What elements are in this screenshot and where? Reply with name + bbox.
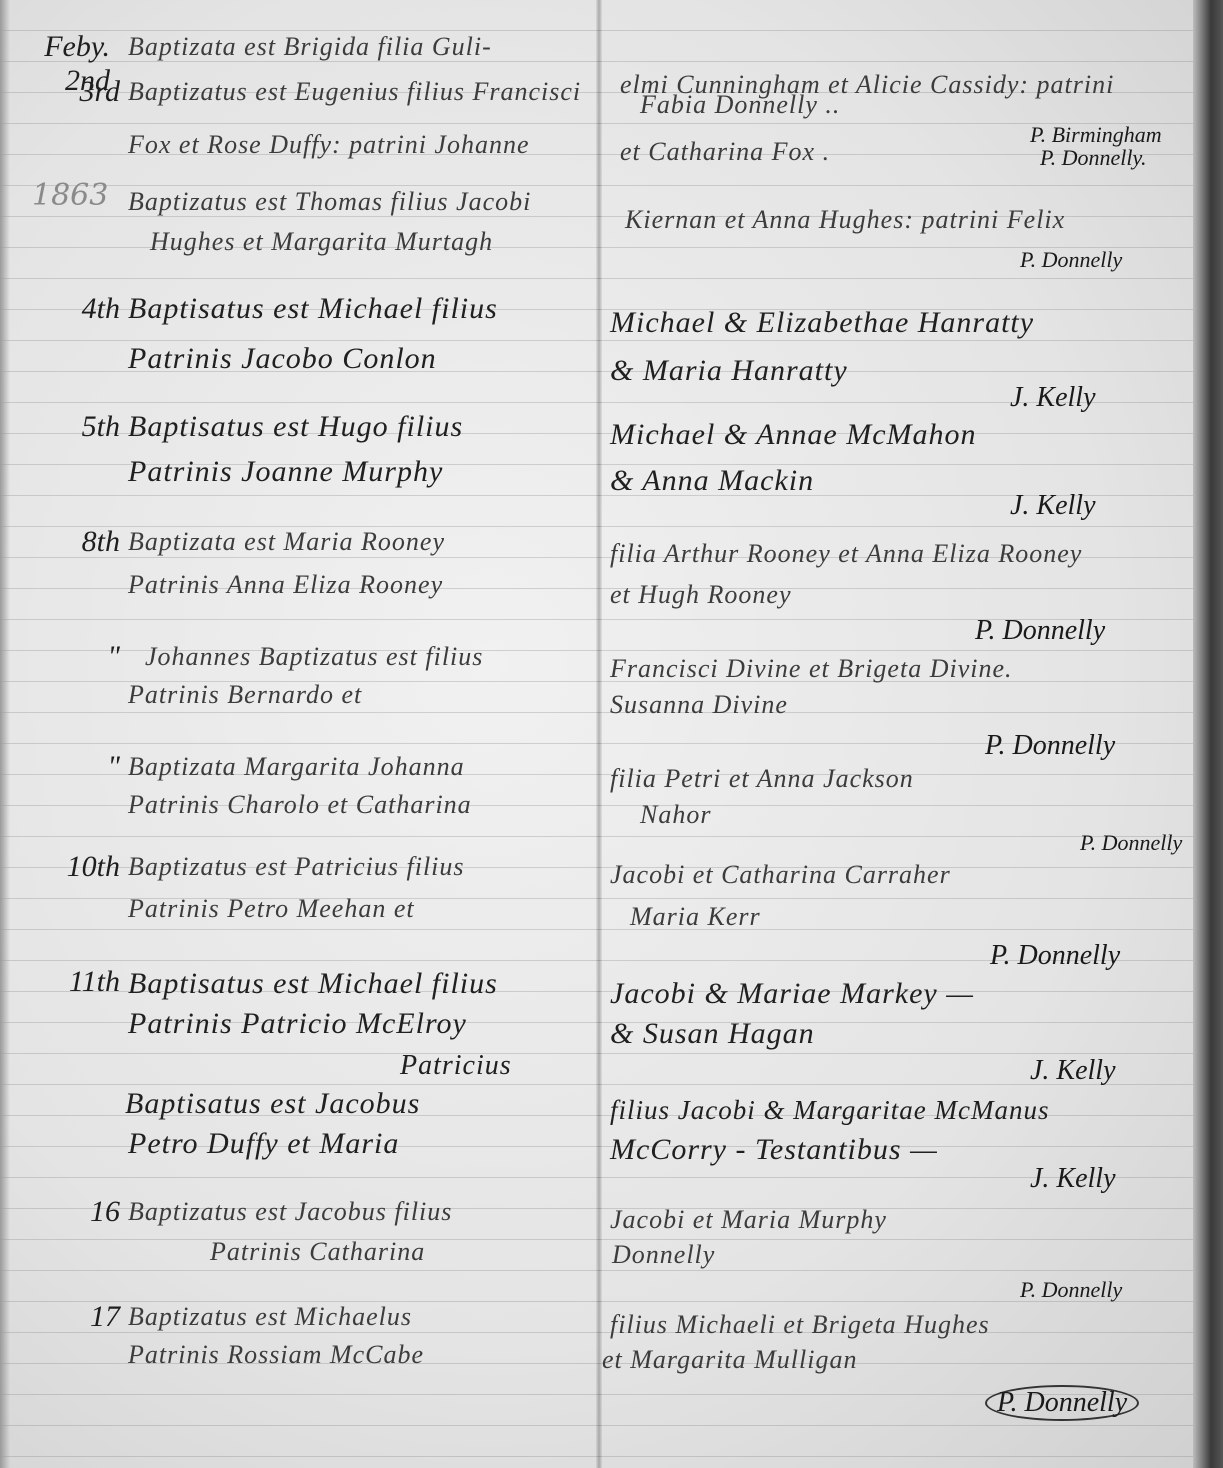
entry-date: 8th (30, 525, 120, 559)
entry-left-line: Petro Duffy et Maria (128, 1127, 399, 1161)
entry-left-line: Patrinis Charolo et Catharina (128, 790, 472, 820)
entry-right-line: Maria Kerr (630, 902, 761, 932)
entry-right-line: Michael & Annae McMahon (610, 418, 977, 452)
entry-signature: J. Kelly (1010, 490, 1096, 522)
entry-signature: P. Donnelly (985, 1385, 1139, 1421)
entry-left-line: Baptizatus est Eugenius filius Francisci (128, 77, 581, 107)
entry-left-line: Baptisatus est Hugo filius (128, 410, 463, 444)
entry-right-line: Jacobi et Maria Murphy (610, 1205, 887, 1235)
entry-insert-word: Patricius (400, 1050, 512, 1082)
entry-left-line: Baptisatus est Michael filius (128, 967, 498, 1001)
entry-left-line: Baptisatus est Jacobus (125, 1087, 420, 1121)
entry-signature: P. Donnelly (975, 615, 1105, 647)
entry-signature: J. Kelly (1010, 382, 1096, 414)
year-margin-note: 1863 (32, 178, 108, 213)
entry-right-line: Nahor (640, 800, 711, 830)
entry-right-line: & Anna Mackin (610, 464, 814, 498)
register-page: 1863 Feby. 2nd Baptizata est Brigida fil… (0, 0, 1223, 1468)
entry-right-line: Jacobi et Catharina Carraher (610, 860, 951, 890)
entry-left-line: Patrinis Petro Meehan et (128, 894, 415, 924)
entry-signature: P. Donnelly. (1040, 145, 1147, 171)
entry-left-line: Patrinis Anna Eliza Rooney (128, 570, 443, 600)
entry-left-line: Patrinis Bernardo et (128, 680, 362, 710)
book-gutter (596, 0, 602, 1468)
entry-right-line: Michael & Elizabethae Hanratty (610, 306, 1034, 340)
entry-right-line: et Catharina Fox . (620, 137, 830, 167)
entry-left-line: Patrinis Catharina (210, 1237, 425, 1267)
entry-date: 10th (30, 850, 120, 884)
entry-left-line: Fox et Rose Duffy: patrini Johanne (128, 130, 530, 160)
entry-right-line: et Hugh Rooney (610, 580, 792, 610)
entry-signature: P. Donnelly (1020, 1277, 1122, 1303)
entry-left-line: Baptisatus est Michael filius (128, 292, 498, 326)
entry-right-line: filia Petri et Anna Jackson (610, 764, 914, 794)
entry-left-line: Patrinis Patricio McElroy (128, 1007, 467, 1041)
entry-right-line: et Margarita Mulligan (602, 1345, 857, 1375)
entry-signature: J. Kelly (1030, 1055, 1116, 1087)
entry-left-line: Baptizatus est Jacobus filius (128, 1197, 452, 1227)
entry-right-line: Donnelly (612, 1240, 715, 1270)
entry-right-line: & Maria Hanratty (610, 354, 848, 388)
entry-left-line: Baptizata est Maria Rooney (128, 527, 445, 557)
entry-date: " (30, 750, 120, 784)
entry-date: 11th (30, 965, 120, 999)
month-label: Feby. (44, 30, 110, 63)
entry-left-line: Baptizata est Brigida filia Guli- (128, 32, 492, 62)
entry-left-line: Baptizatus est Thomas filius Jacobi (128, 187, 531, 217)
entry-right-line: McCorry - Testantibus — (610, 1133, 938, 1167)
entry-right-line: filius Jacobi & Margaritae McManus (610, 1095, 1049, 1126)
page-left-edge (0, 0, 10, 1468)
entry-date: " (30, 640, 120, 674)
entry-date: 17 (30, 1300, 120, 1334)
entry-signature: P. Donnelly (985, 730, 1115, 762)
entry-right-line: filia Arthur Rooney et Anna Eliza Rooney (610, 539, 1082, 569)
entry-right-line: filius Michaeli et Brigeta Hughes (610, 1310, 990, 1340)
entry-date: 5th (30, 410, 120, 444)
entry-signature: J. Kelly (1030, 1163, 1116, 1195)
book-binding-edge (1193, 0, 1223, 1468)
entry-right-line: & Susan Hagan (610, 1017, 815, 1051)
entry-left-line: Baptizatus est Patricius filius (128, 852, 465, 882)
entry-right-line: Fabia Donnelly .. (640, 90, 840, 120)
entry-date: 16 (30, 1195, 120, 1229)
entry-left-line: Patrinis Jacobo Conlon (128, 342, 437, 376)
entry-right-line: Kiernan et Anna Hughes: patrini Felix (625, 205, 1065, 235)
entry-left-line: Baptizatus est Michaelus (128, 1302, 412, 1332)
entry-left-line: Patrinis Rossiam McCabe (128, 1340, 424, 1370)
entry-right-line: Jacobi & Mariae Markey — (610, 977, 974, 1011)
entry-signature: P. Donnelly (1020, 247, 1122, 273)
entry-date: 4th (30, 292, 120, 326)
entry-left-line: Baptizata Margarita Johanna (128, 752, 465, 782)
entry-signature: P. Donnelly (1080, 830, 1182, 856)
entry-date: 3rd (30, 75, 120, 109)
entry-left-line: Patrinis Joanne Murphy (128, 455, 443, 489)
entry-signature: P. Donnelly (990, 940, 1120, 972)
entry-right-line: Francisci Divine et Brigeta Divine. (610, 654, 1013, 684)
entry-right-line: Susanna Divine (610, 690, 788, 720)
entry-left-line: Hughes et Margarita Murtagh (150, 227, 493, 257)
entry-left-line: Johannes Baptizatus est filius (145, 642, 483, 672)
